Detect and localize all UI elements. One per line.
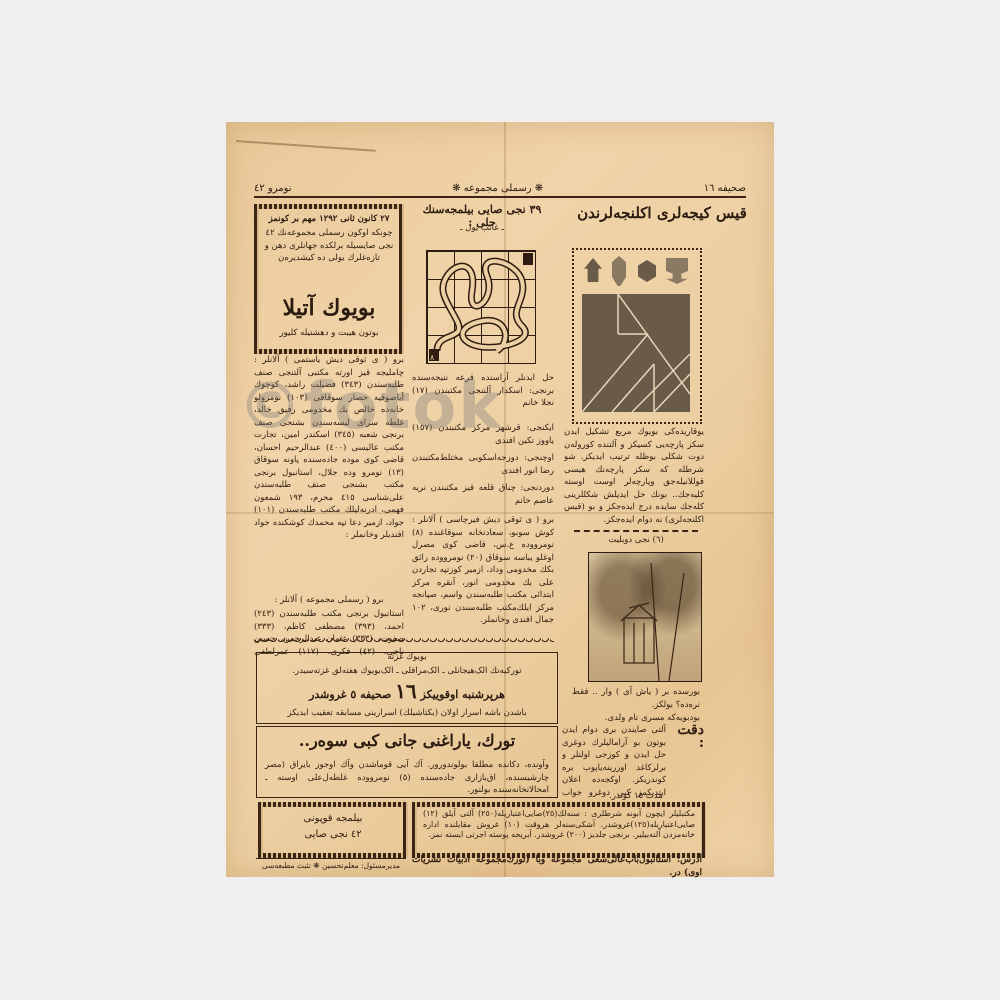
maze-solution-image: ٨ (426, 250, 536, 364)
wavy-divider (254, 638, 554, 644)
coupon-title: بیلمجه قوپونی (263, 813, 403, 826)
ad-date-line: ٢٧ کانون ثانی ١٢٩٢ مهم بر کونمز (263, 213, 395, 226)
maze-corner-label: ٨ (430, 353, 434, 362)
subscription-text: مکتبلیلر ایچون آبونه شرطلری : سنه‌لك(٢٥)… (423, 809, 695, 841)
maze-path-icon (427, 251, 535, 363)
coupon-issue: ٤٢ نجی صایی (263, 829, 403, 842)
issue-number: نومرو ٤٢ (254, 183, 292, 194)
subscription-box: مکتبلیلر ایچون آبونه شرطلری : سنه‌لك(٢٥)… (412, 802, 706, 858)
illustration-caption: بورسده بر ( یاش آی ) وار .. فقط نره‌ده؟ … (572, 686, 700, 711)
winners-list-3: برو ( ی ثوقی دیش فیرچاسی ) آلانلر : کوش … (412, 514, 554, 626)
tangram-shape-house (584, 258, 602, 282)
tangram-shape-cup (666, 258, 688, 284)
tangram-frame (572, 248, 702, 424)
header-rule (254, 196, 746, 198)
banner-ad-buyuk-gazete: بویوك غزته تورکیه‌نك الک‌هیجانلی ـ الک‌م… (256, 652, 558, 724)
masthead: ❋ رسملی مجموعه ❋ (452, 183, 543, 194)
puzzle-solution-subtitle: ـ غائب یول ـ (412, 222, 552, 235)
ad-title: بویوك آتیلا (259, 295, 399, 321)
page-header: نومرو ٤٢ ❋ رسملی مجموعه ❋ صحیفه ١٦ (254, 180, 746, 194)
tangram-caption: یوقاریده‌کی بویوك مربع تشکیل ایدن سکز پا… (564, 426, 704, 526)
notice-heading: دقت : (670, 724, 704, 749)
footer-rule (256, 858, 406, 859)
page-number: صحیفه ١٦ (704, 183, 746, 194)
notice-deadline: مدت ١٥ کوندر. (574, 790, 698, 803)
forest-hut-illustration (588, 552, 702, 682)
paper-crease (236, 140, 376, 152)
banner-line3: باشدن باشه اسرار اولان (بکتاشیلك) اسراری… (257, 707, 557, 720)
flag-ad-title: تورك، یاراغنی جانی کبی سوه‌ر.. (257, 731, 557, 750)
puzzle-coupon: بیلمجه قوپونی ٤٢ نجی صایی (258, 802, 408, 858)
tangram-square-image (582, 294, 690, 412)
ad-subtitle: بوتون هیبت و دهشتیله کلیور (263, 327, 395, 340)
banner-line2: هرپرشنبه اوقوییکز ١٦ صحیفه ٥ غروشدر (257, 679, 557, 703)
newspaper-page: نومرو ٤٢ ❋ رسملی مجموعه ❋ صحیفه ١٦ ٢٧ کا… (226, 122, 774, 877)
third-place: اوچنجی: دوزجه‌اسکوبی مختلط‌مکتبندن رضا ا… (412, 452, 554, 477)
banner-line2-prefix: هرپرشنبه اوقوییکز (421, 688, 505, 701)
banner-page-count: ١٦ (395, 679, 416, 703)
fourth-place: دوردنجی: چناق قلعه قیز مکتبندن نریه عاصم… (412, 482, 554, 507)
notice-text: آلتی صایندن بری دوام ایدن بوتون بو آراما… (562, 724, 666, 798)
ad-box-buyuk-atila: ٢٧ کانون ثانی ١٢٩٢ مهم بر کونمز چونکه او… (254, 204, 404, 354)
section-label-doublet: (٦) نجی دوبلیت (574, 534, 698, 547)
banner-line2-suffix: صحیفه ٥ غروشدر (309, 688, 391, 701)
section-heading-puzzles: قیس کیجه‌لری اکلنجه‌لرندن (562, 204, 762, 222)
banner-label: بویوك غزته (257, 651, 557, 664)
ad-intro: چونکه اوکون رسملی مجموعه‌نك ٤٢ نجی صایسی… (263, 227, 395, 265)
flag-ad-body: وآونده، دکانده مطلقا بولوندورور. آك آیی … (265, 759, 549, 797)
tangram-shape-hexagon (638, 260, 656, 282)
footer-address: آدرس: استانبول‌باب‌عالی‌سعی مجموعه وبا (… (412, 854, 702, 879)
banner-line1: تورکیه‌نك الک‌هیجانلی ـ الک‌مراقلی ـ الک… (257, 665, 557, 678)
footer-publisher: مدیرمسئول: معلم‌تحسین ❋ تئبث مطبعه‌سی (256, 860, 406, 873)
flag-ad: تورك، یاراغنی جانی کبی سوه‌ر.. وآونده، د… (256, 726, 558, 798)
tangram-shape-bottle (612, 256, 626, 286)
watermark: ©fotok (238, 370, 503, 444)
winners-heading-2: برو ( رسملی مجموعه ) آلانلر : (254, 594, 404, 607)
